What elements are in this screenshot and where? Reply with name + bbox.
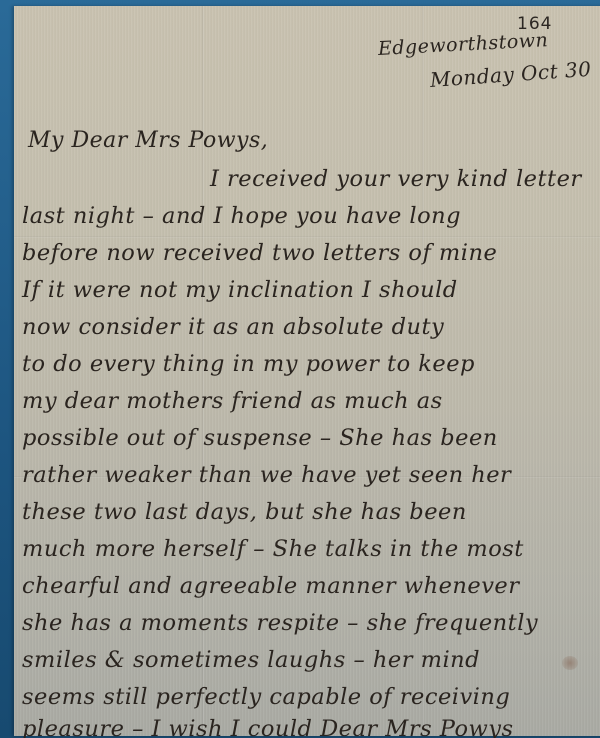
letter-line: smiles & sometimes laughs – her mind [22,647,480,673]
letter-line: my dear mothers friend as much as [22,388,443,414]
salutation: My Dear Mrs Powys, [28,128,268,153]
letter-line: If it were not my inclination I should [22,277,458,303]
letter-line: these two last days, but she has been [22,499,467,525]
ink-stain [562,656,578,670]
letter-line: possible out of suspense – She has been [22,425,498,451]
letter-line: rather weaker than we have yet seen her [22,462,511,488]
letter-line: before now received two letters of mine [22,240,497,266]
letter-line: pleasure – I wish I could Dear Mrs Powys [22,716,514,738]
letter-line: I received your very kind letter [210,166,582,192]
letter-line: she has a moments respite – she frequent… [22,610,538,636]
letter-line: seems still perfectly capable of receivi… [22,684,510,710]
letter-line: last night – and I hope you have long [22,203,461,229]
letter-line: to do every thing in my power to keep [22,351,475,377]
letter-line: now consider it as an absolute duty [22,314,444,340]
letter-line: chearful and agreeable manner whenever [22,573,520,599]
letter-line: much more herself – She talks in the mos… [22,536,524,562]
fold-crease [14,236,600,238]
